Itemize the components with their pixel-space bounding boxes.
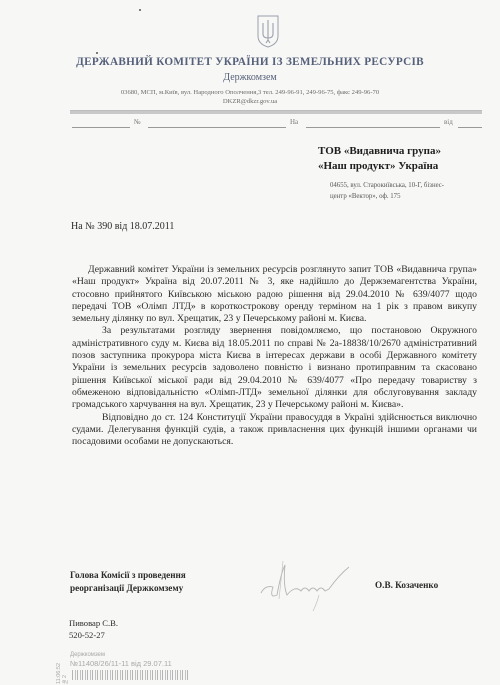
executor-name: Пивовар С.В.: [69, 617, 118, 629]
stamp-registration-number: №11408/26/11-11 від 29.07.11: [70, 659, 172, 668]
signer-position: Голова Комісії з проведення реорганізаці…: [70, 569, 186, 595]
reference-fields: № На від: [70, 118, 482, 130]
organization-name: ДЕРЖАВНИЙ КОМІТЕТ УКРАЇНИ ІЗ ЗЕМЕЛЬНИХ Р…: [0, 56, 500, 68]
from-label: від: [444, 118, 453, 126]
barcode-icon: [72, 670, 188, 680]
from-blank: [458, 127, 482, 128]
recipient-line-2: «Наш продукт» Україна: [318, 159, 441, 174]
on-blank: [306, 127, 440, 128]
number-blank: [148, 127, 286, 128]
signer-position-line-1: Голова Комісії з проведення: [70, 569, 186, 582]
signer-position-line-2: реорганізації Держкомзему: [70, 582, 186, 595]
recipient-address-line-2: центр «Вектор», оф. 175: [330, 191, 490, 202]
organization-address: 03680, МСП, м.Київ, вул. Народного Ополч…: [0, 89, 500, 96]
recipient-name: ТОВ «Видавнича група» «Наш продукт» Укра…: [318, 144, 441, 174]
handwritten-signature-icon: [255, 555, 355, 615]
stamp-time: 11:06:52 №2: [56, 654, 68, 684]
body-paragraph: Державний комітет України із земельних р…: [72, 264, 477, 325]
body-paragraph: За результатами розгляду звернення повід…: [72, 325, 477, 411]
registration-stamp: 11:06:52 №2 Держкомзем №11408/26/11-11 в…: [58, 652, 218, 684]
header-divider: [70, 110, 482, 114]
executor-info: Пивовар С.В. 520-52-27: [69, 617, 118, 641]
executor-phone: 520-52-27: [69, 629, 118, 641]
organization-email: DKZR@dkzr.gov.ua: [0, 98, 500, 105]
scan-speck: [139, 9, 141, 11]
date-blank: [72, 127, 130, 128]
body-paragraph: Відповідно до ст. 124 Конституції Україн…: [72, 412, 477, 449]
recipient-address: 04655, вул. Старокиївська, 10-Г, бізнес-…: [330, 180, 490, 202]
letter-body: Державний комітет України із земельних р…: [72, 264, 477, 448]
signer-name: О.В. Козаченко: [375, 580, 438, 590]
organization-short-name: Держкомзем: [0, 72, 500, 83]
scan-speck: [96, 52, 98, 54]
recipient-address-line-1: 04655, вул. Старокиївська, 10-Г, бізнес-: [330, 180, 490, 191]
recipient-line-1: ТОВ «Видавнича група»: [318, 144, 441, 159]
on-label: На: [290, 118, 298, 126]
number-label: №: [134, 118, 141, 126]
trident-emblem-icon: [256, 14, 280, 48]
letter-page: ДЕРЖАВНИЙ КОМІТЕТ УКРАЇНИ ІЗ ЗЕМЕЛЬНИХ Р…: [0, 0, 500, 685]
stamp-organization: Держкомзем: [70, 652, 105, 658]
reply-reference: На № 390 від 18.07.2011: [71, 221, 174, 232]
